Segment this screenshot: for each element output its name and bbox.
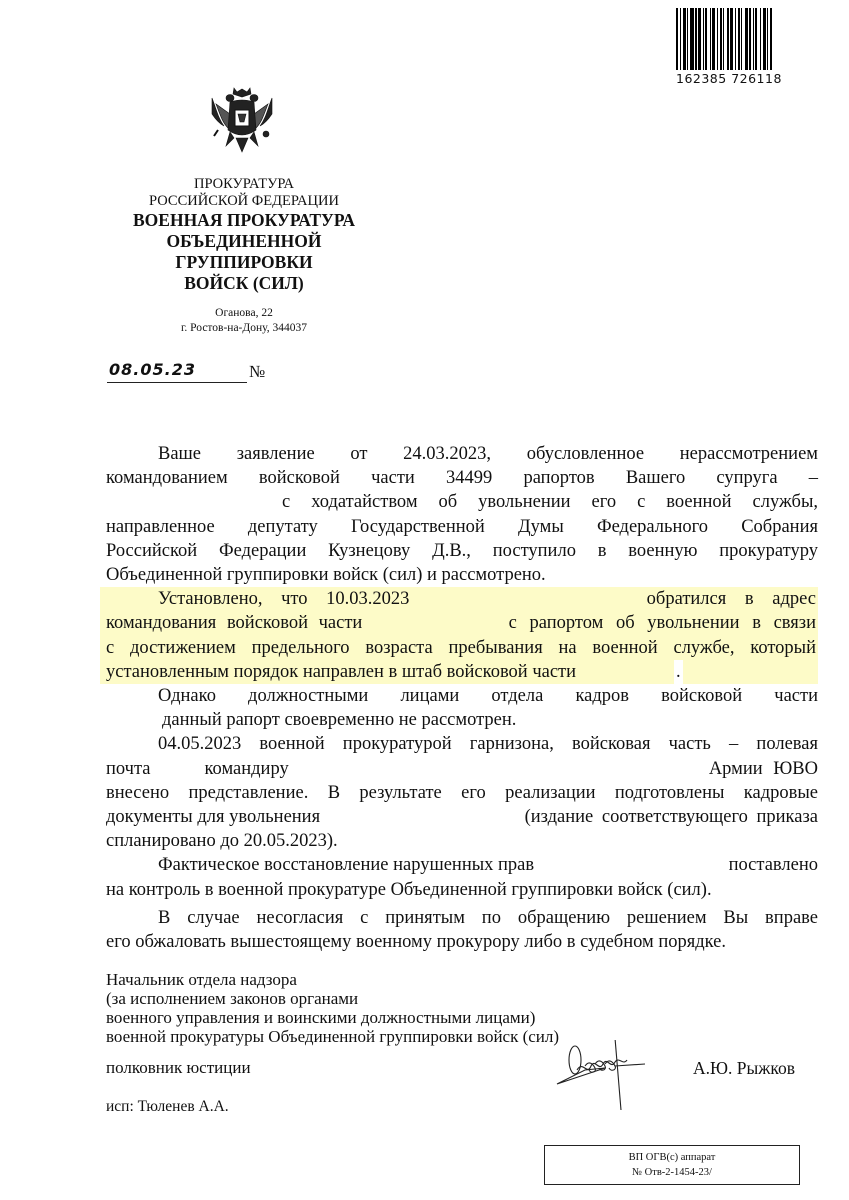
date-underline — [107, 382, 247, 383]
signatory-name: А.Ю. Рыжков — [693, 1058, 795, 1079]
text-line: командования войсковой части с рапортом … — [106, 611, 816, 635]
position-line: (за исполнением законов органами — [106, 989, 646, 1008]
text-line: Российской Федерации Кузнецову Д.В., пос… — [106, 539, 818, 563]
address-street: Оганова, 22 — [104, 306, 384, 321]
signatory-rank: полковник юстиции — [106, 1058, 251, 1078]
paragraph-appeal: В случае несогласия с принятым по обраще… — [106, 906, 818, 954]
trailing-period: . — [674, 660, 683, 684]
paragraph-restoration: Фактическое восстановление нарушенных пр… — [106, 853, 818, 901]
barcode: 162385 726118 — [676, 8, 788, 84]
text-line: данный рапорт своевременно не рассмотрен… — [106, 708, 818, 732]
text-fragment: (издание соответствующего приказа — [525, 805, 818, 829]
letterhead-line-2: РОССИЙСКОЙ ФЕДЕРАЦИИ — [104, 193, 384, 210]
text-line: Установлено, что 10.03.2023 обратился в … — [106, 587, 816, 611]
text-fragment: Армии ЮВО — [709, 757, 818, 781]
text-line: направленное депутату Государственной Ду… — [106, 515, 818, 539]
letterhead-title-line: ОБЪЕДИНЕННОЙ — [104, 231, 384, 252]
letterhead: ПРОКУРАТУРА РОССИЙСКОЙ ФЕДЕРАЦИИ ВОЕННАЯ… — [104, 176, 384, 336]
address-city: г. Ростов-на-Дону, 344037 — [104, 321, 384, 336]
barcode-bars — [676, 8, 788, 70]
handwritten-date: 08.05.23 — [109, 360, 196, 379]
text-line: командованием войсковой части 34499 рапо… — [106, 466, 818, 490]
letterhead-line-1: ПРОКУРАТУРА — [104, 176, 384, 193]
position-line: военного управления и воинскими должност… — [106, 1008, 646, 1027]
letterhead-address: Оганова, 22 г. Ростов-на-Дону, 344037 — [104, 306, 384, 336]
letterhead-title-line: ВОЙСК (СИЛ) — [104, 273, 384, 294]
text-fragment: Установлено, что 10.03.2023 — [158, 587, 409, 611]
stamp-line-2: № Отв-2-1454-23/ — [545, 1165, 799, 1180]
registration-stamp: ВП ОГВ(с) аппарат № Отв-2-1454-23/ — [544, 1145, 800, 1185]
paragraph-representation: 04.05.2023 военной прокуратурой гарнизон… — [106, 732, 818, 853]
letterhead-title-line: ВОЕННАЯ ПРОКУРАТУРА — [104, 210, 384, 231]
text-line: на контроль в военной прокуратуре Объеди… — [106, 878, 818, 902]
text-fragment: Фактическое восстановление нарушенных пр… — [158, 853, 534, 877]
text-fragment: обратился в адрес — [647, 587, 816, 611]
barcode-number: 162385 726118 — [676, 72, 784, 86]
paragraph-established-highlighted: Установлено, что 10.03.2023 обратился в … — [100, 587, 818, 684]
text-fragment: командиру — [205, 757, 289, 781]
text-fragment: командования войсковой части — [106, 611, 362, 635]
text-line: его обжаловать вышестоящему военному про… — [106, 930, 818, 954]
letter-body: Ваше заявление от 24.03.2023, обусловлен… — [106, 442, 818, 954]
text-line: установленным порядок направлен в штаб в… — [106, 660, 576, 684]
text-fragment: почта — [106, 757, 151, 781]
text-line: В случае несогласия с принятым по обраще… — [106, 906, 818, 930]
text-line: внесено представление. В результате его … — [106, 781, 818, 805]
executor-name: исп: Тюленев А.А. — [106, 1098, 229, 1116]
text-line: Ваше заявление от 24.03.2023, обусловлен… — [106, 442, 818, 466]
text-line: 04.05.2023 военной прокуратурой гарнизон… — [106, 732, 818, 756]
text-line: документы для увольнения (издание соотве… — [106, 805, 818, 829]
text-fragment: установленным порядок направлен в штаб в… — [106, 662, 576, 682]
outgoing-date-number: 08.05.23 № — [107, 360, 267, 386]
text-line: с достижением предельного возраста пребы… — [106, 636, 816, 660]
text-line: Однако должностными лицами отдела кадров… — [106, 684, 818, 708]
handwritten-signature-icon — [555, 1040, 675, 1110]
text-line: почта командиру Армии ЮВО — [106, 757, 818, 781]
paragraph-application: Ваше заявление от 24.03.2023, обусловлен… — [106, 442, 818, 587]
text-line: Фактическое восстановление нарушенных пр… — [106, 853, 818, 877]
text-fragment: документы для увольнения — [106, 805, 320, 829]
position-line: Начальник отдела надзора — [106, 970, 646, 989]
text-fragment: поставлено — [729, 853, 818, 877]
number-sign: № — [249, 362, 265, 382]
text-line: с ходатайством об увольнении его с военн… — [106, 490, 818, 514]
text-line: спланировано до 20.05.2023). — [106, 829, 818, 853]
letterhead-title-line: ГРУППИРОВКИ — [104, 252, 384, 273]
stamp-line-1: ВП ОГВ(с) аппарат — [545, 1150, 799, 1165]
text-fragment: с рапортом об увольнении в связи — [509, 611, 816, 635]
signatory-position: Начальник отдела надзора (за исполнением… — [106, 970, 646, 1046]
russian-coat-of-arms-icon — [208, 84, 276, 156]
text-line: Объединенной группировки войск (сил) и р… — [106, 563, 818, 587]
paragraph-however: Однако должностными лицами отдела кадров… — [106, 684, 818, 732]
